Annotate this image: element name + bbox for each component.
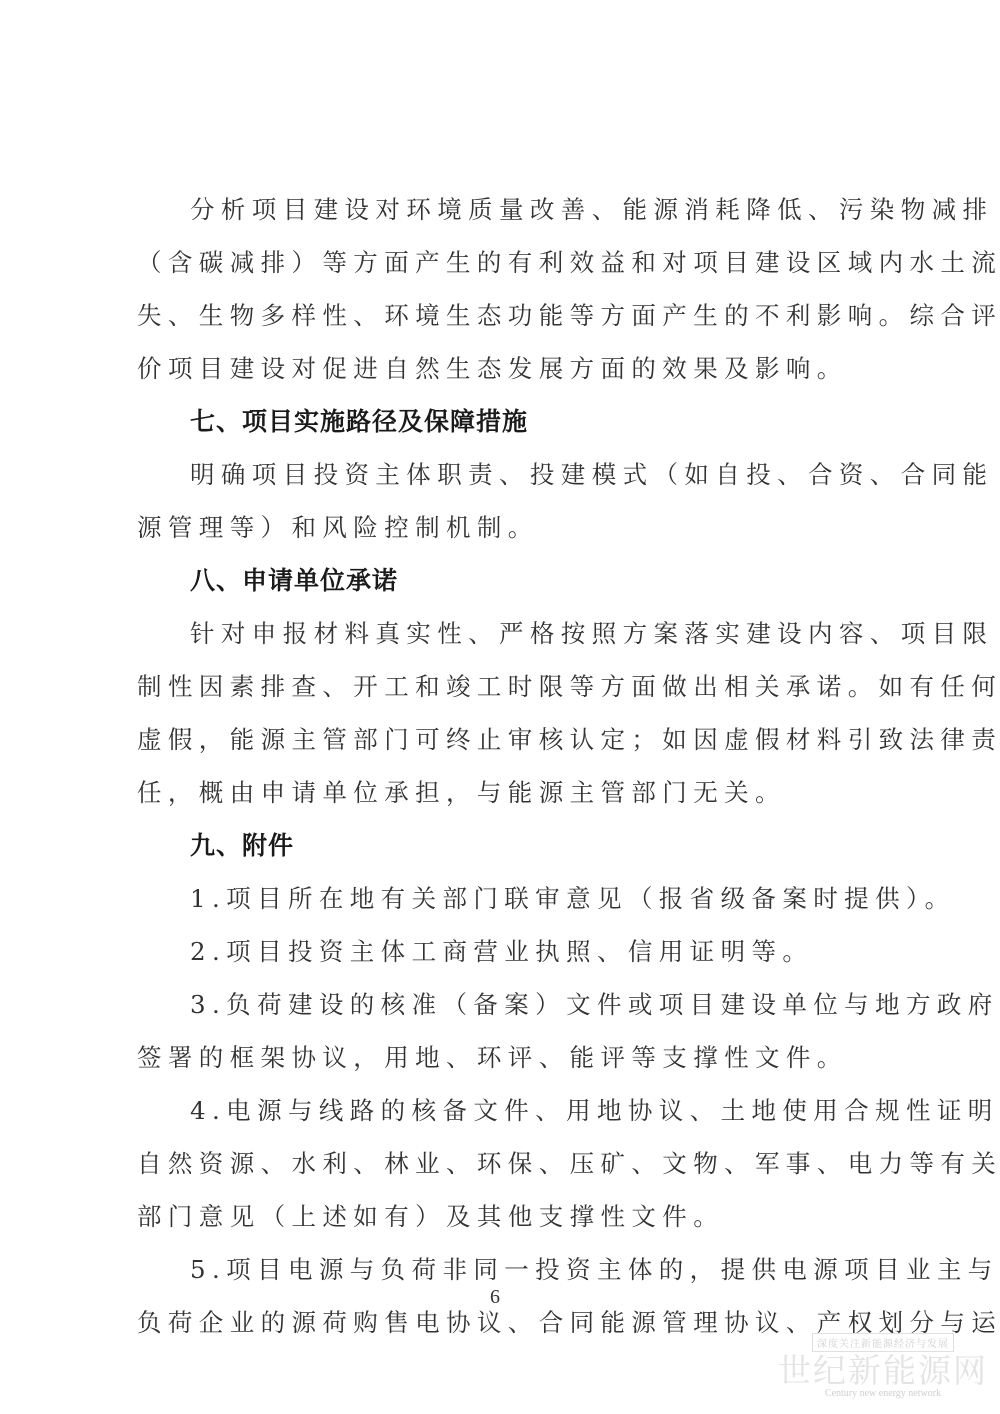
page-number: 6 — [490, 1286, 500, 1309]
attachment-item-4-cont: 部门意见（上述如有）及其他支撑性文件。 — [137, 1190, 877, 1243]
watermark-name: 世纪新能源网 — [772, 1352, 994, 1390]
section-heading-7: 七、项目实施路径及保障措施 — [137, 395, 877, 448]
paragraph-line: 制性因素排查、开工和竣工时限等方面做出相关承诺。如有任何 — [137, 660, 877, 713]
section-heading-9: 九、附件 — [137, 819, 877, 872]
paragraph-line: 价项目建设对促进自然生态发展方面的效果及影响。 — [137, 342, 877, 395]
attachment-item-5-cont: 负荷企业的源荷购售电协议、合同能源管理协议、产权划分与运 — [137, 1296, 877, 1349]
paragraph-line: 任，概由申请单位承担，与能源主管部门无关。 — [137, 766, 877, 819]
paragraph-line: 虚假，能源主管部门可终止审核认定；如因虚假材料引致法律责 — [137, 713, 877, 766]
section-heading-8: 八、申请单位承诺 — [137, 554, 877, 607]
paragraph-line: 分析项目建设对环境质量改善、能源消耗降低、污染物减排 — [137, 183, 877, 236]
paragraph-line: 失、生物多样性、环境生态功能等方面产生的不利影响。综合评 — [137, 289, 877, 342]
attachment-item-4-cont: 自然资源、水利、林业、环保、压矿、文物、军事、电力等有关 — [137, 1137, 877, 1190]
paragraph-line: 针对申报材料真实性、严格按照方案落实建设内容、项目限 — [137, 607, 877, 660]
attachment-item-5: 5.项目电源与负荷非同一投资主体的，提供电源项目业主与 — [137, 1243, 877, 1296]
watermark-tagline: 深度关注新能源经济与发展 — [812, 1333, 954, 1352]
attachment-item-4: 4.电源与线路的核备文件、用地协议、土地使用合规性证明， — [137, 1084, 877, 1137]
paragraph-line: 明确项目投资主体职责、投建模式（如自投、合资、合同能 — [137, 448, 877, 501]
paragraph-line: 源管理等）和风险控制机制。 — [137, 501, 877, 554]
attachment-item-3-cont: 签署的框架协议，用地、环评、能评等支撑性文件。 — [137, 1031, 877, 1084]
document-page: 分析项目建设对环境质量改善、能源消耗降低、污染物减排 （含碳减排）等方面产生的有… — [137, 183, 877, 1349]
watermark: 深度关注新能源经济与发展 世纪新能源网 Century new energy n… — [772, 1332, 994, 1399]
attachment-item-1: 1.项目所在地有关部门联审意见（报省级备案时提供）。 — [137, 872, 877, 925]
paragraph-line: （含碳减排）等方面产生的有利效益和对项目建设区域内水土流 — [137, 236, 877, 289]
attachment-item-3: 3.负荷建设的核准（备案）文件或项目建设单位与地方政府 — [137, 978, 877, 1031]
attachment-item-2: 2.项目投资主体工商营业执照、信用证明等。 — [137, 925, 877, 978]
